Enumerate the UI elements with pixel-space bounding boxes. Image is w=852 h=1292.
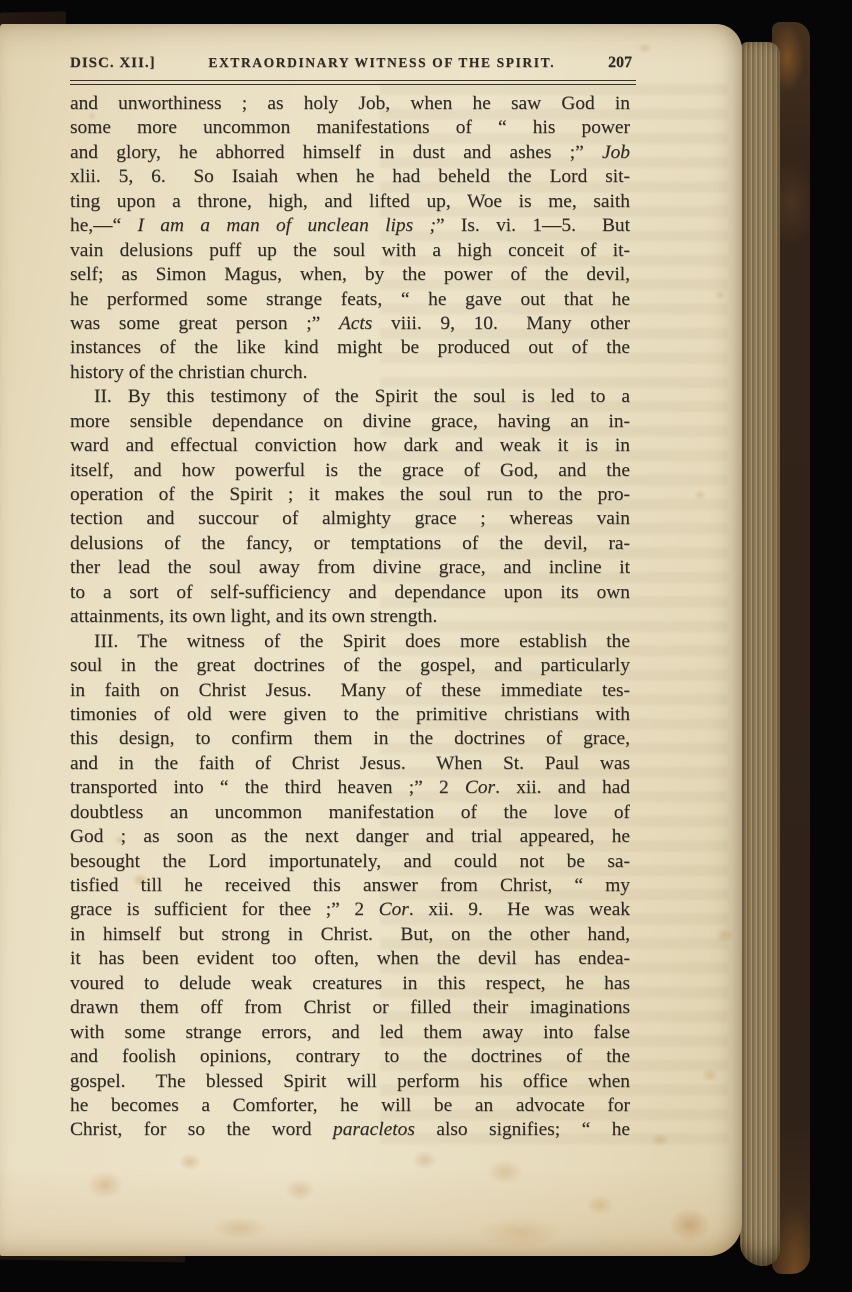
text-line: some more uncommon manifestations of “ h… — [70, 116, 630, 140]
text-line: in faith on Christ Jesus. Many of these … — [70, 679, 630, 703]
page-body: and unworthiness ; as holy Job, when he … — [70, 92, 630, 1143]
running-header: DISC. XII.] EXTRAORDINARY WITNESS OF THE… — [70, 54, 632, 72]
text-line: grace is sufficient for thee ;” 2 Cor. x… — [70, 898, 630, 922]
text-line: attainments, its own light, and its own … — [70, 605, 630, 629]
header-double-rule — [70, 80, 636, 85]
header-page-number: 207 — [608, 54, 632, 72]
header-section-label: DISC. XII.] — [70, 55, 156, 72]
text-line: with some strange errors, and led them a… — [70, 1021, 630, 1045]
text-line: he,—“ I am a man of unclean lips ;” Is. … — [70, 214, 630, 238]
text-line: operation of the Spirit ; it makes the s… — [70, 483, 630, 507]
text-line: transported into “ the third heaven ;” 2… — [70, 776, 630, 800]
text-line: voured to delude weak creatures in this … — [70, 972, 630, 996]
text-line: tection and succour of almighty grace ; … — [70, 507, 630, 531]
text-line: and unworthiness ; as holy Job, when he … — [70, 92, 630, 116]
text-line: more sensible dependance on divine grace… — [70, 410, 630, 434]
book-page: DISC. XII.] EXTRAORDINARY WITNESS OF THE… — [0, 24, 742, 1256]
text-line: to a sort of self-sufficiency and depend… — [70, 581, 630, 605]
text-line: besought the Lord importunately, and cou… — [70, 850, 630, 874]
text-line: instances of the like kind might be prod… — [70, 336, 630, 360]
text-line: and in the faith of Christ Jesus. When S… — [70, 752, 630, 776]
text-line: and foolish opinions, contrary to the do… — [70, 1045, 630, 1069]
text-line: Christ, for so the word paracletos also … — [70, 1118, 630, 1142]
text-line: it has been evident too often, when the … — [70, 947, 630, 971]
text-line: this design, to confirm them in the doct… — [70, 727, 630, 751]
text-line: in himself but strong in Christ. But, on… — [70, 923, 630, 947]
text-line: he performed some strange feats, “ he ga… — [70, 288, 630, 312]
text-line: itself, and how powerful is the grace of… — [70, 459, 630, 483]
header-title: EXTRAORDINARY WITNESS OF THE SPIRIT. — [208, 55, 555, 71]
text-line: drawn them off from Christ or filled the… — [70, 996, 630, 1020]
text-line: xlii. 5, 6. So Isaiah when he had beheld… — [70, 165, 630, 189]
text-line: God ; as soon as the next danger and tri… — [70, 825, 630, 849]
text-line: was some great person ;” Acts viii. 9, 1… — [70, 312, 630, 336]
text-line: ward and effectual conviction how dark a… — [70, 434, 630, 458]
text-line: history of the christian church. — [70, 361, 630, 385]
text-line: vain delusions puff up the soul with a h… — [70, 239, 630, 263]
text-line: III. The witness of the Spirit does more… — [70, 630, 630, 654]
text-line: doubtless an uncommon manifestation of t… — [70, 801, 630, 825]
book-scan: DISC. XII.] EXTRAORDINARY WITNESS OF THE… — [0, 0, 852, 1292]
text-line: soul in the great doctrines of the gospe… — [70, 654, 630, 678]
text-line: he becomes a Comforter, he will be an ad… — [70, 1094, 630, 1118]
text-line: ting upon a throne, high, and lifted up,… — [70, 190, 630, 214]
text-line: ther lead the soul away from divine grac… — [70, 556, 630, 580]
text-line: timonies of old were given to the primit… — [70, 703, 630, 727]
text-line: delusions of the fancy, or temptations o… — [70, 532, 630, 556]
text-line: and glory, he abhorred himself in dust a… — [70, 141, 630, 165]
text-line: tisfied till he received this answer fro… — [70, 874, 630, 898]
text-line: gospel. The blessed Spirit will perform … — [70, 1070, 630, 1094]
text-line: self; as Simon Magus, when, by the power… — [70, 263, 630, 287]
page-stack-fore-edge — [740, 42, 780, 1266]
text-line: II. By this testimony of the Spirit the … — [70, 385, 630, 409]
